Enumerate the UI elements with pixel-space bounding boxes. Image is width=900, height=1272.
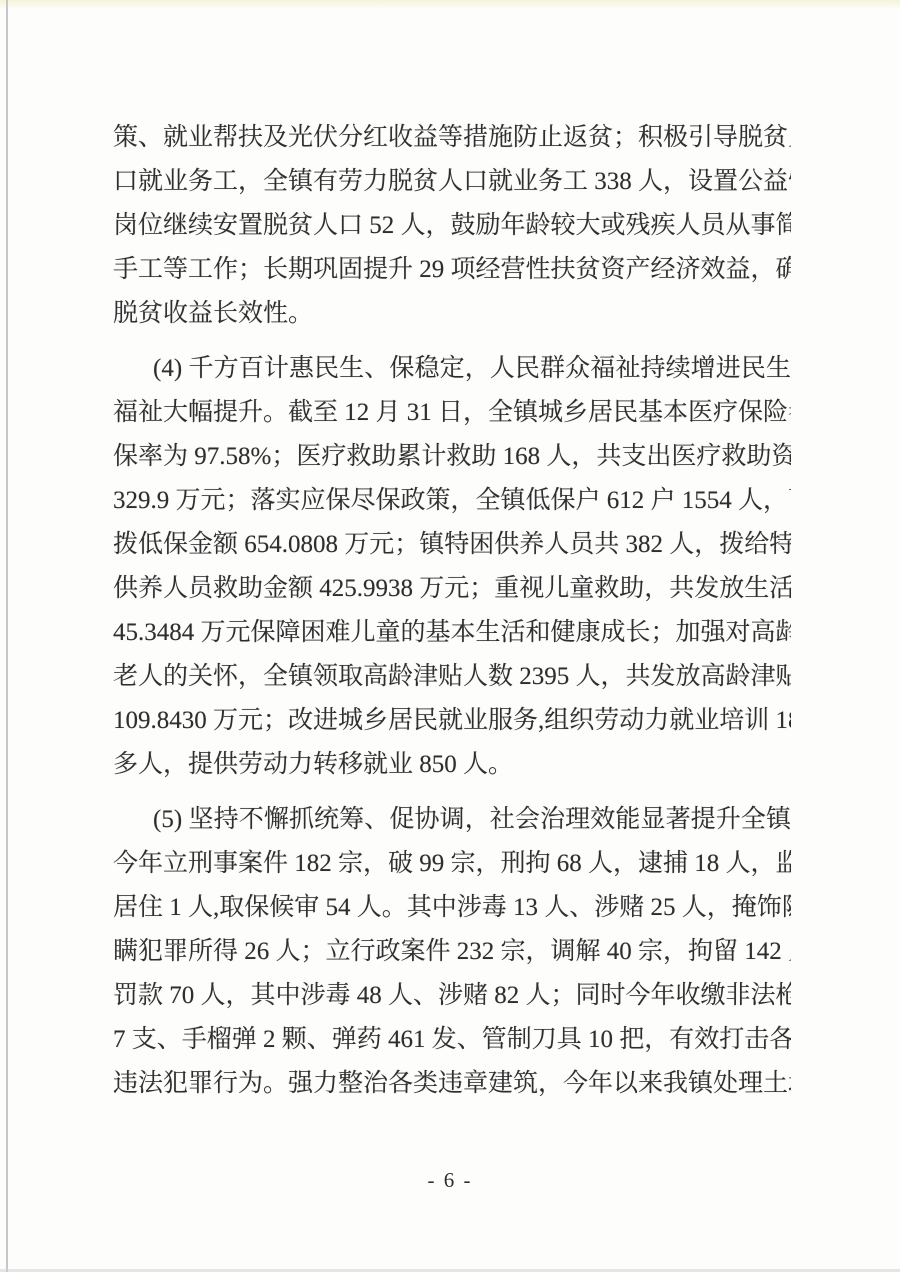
- text-line: 7 支、手榴弹 2 颗、弹药 461 发、管制刀具 10 把，有效打击各类: [113, 1018, 791, 1062]
- text-line: 瞒犯罪所得 26 人；立行政案件 232 宗，调解 40 宗，拘留 142 人，: [113, 930, 791, 974]
- text-line: 109.8430 万元；改进城乡居民就业服务,组织劳动力就业培训 180: [113, 699, 791, 743]
- text-line: 罚款 70 人，其中涉毒 48 人、涉赌 82 人；同时今年收缴非法枪支: [113, 974, 791, 1018]
- text-line: 拨低保金额 654.0808 万元；镇特困供养人员共 382 人，拨给特困: [113, 523, 791, 567]
- paragraph: (4) 千方百计惠民生、保稳定，人民群众福祉持续增进民生福祉大幅提升。截至 12…: [113, 347, 791, 787]
- text-line: 脱贫收益长效性。: [113, 292, 791, 336]
- text-line: 多人，提供劳动力转移就业 850 人。: [113, 743, 791, 787]
- scan-artifact-left-line: [6, 0, 8, 1272]
- text-line: 老人的关怀，全镇领取高龄津贴人数 2395 人，共发放高龄津贴约: [113, 655, 791, 699]
- text-line: (5) 坚持不懈抓统筹、促协调，社会治理效能显著提升全镇: [113, 798, 791, 842]
- page-number: - 6 -: [0, 1168, 900, 1193]
- text-line: 329.9 万元；落实应保尽保政策，全镇低保户 612 户 1554 人，下: [113, 479, 791, 523]
- text-line: 居住 1 人,取保候审 54 人。其中涉毒 13 人、涉赌 25 人，掩饰隐: [113, 886, 791, 930]
- text-line: 口就业务工，全镇有劳力脱贫人口就业务工 338 人，设置公益性: [113, 160, 791, 204]
- text-line: 岗位继续安置脱贫人口 52 人，鼓励年龄较大或残疾人员从事简单: [113, 204, 791, 248]
- paragraph: 策、就业帮扶及光伏分红收益等措施防止返贫；积极引导脱贫人口就业务工，全镇有劳力脱…: [113, 116, 791, 336]
- text-line: 今年立刑事案件 182 宗，破 99 宗，刑拘 68 人，逮捕 18 人，监视: [113, 842, 791, 886]
- document-page: 策、就业帮扶及光伏分红收益等措施防止返贫；积极引导脱贫人口就业务工，全镇有劳力脱…: [0, 0, 900, 1272]
- text-line: (4) 千方百计惠民生、保稳定，人民群众福祉持续增进民生: [113, 347, 791, 391]
- text-line: 45.3484 万元保障困难儿童的基本生活和健康成长；加强对高龄: [113, 611, 791, 655]
- document-body: 策、就业帮扶及光伏分红收益等措施防止返贫；积极引导脱贫人口就业务工，全镇有劳力脱…: [113, 116, 791, 1106]
- text-line: 策、就业帮扶及光伏分红收益等措施防止返贫；积极引导脱贫人: [113, 116, 791, 160]
- text-line: 保率为 97.58%；医疗救助累计救助 168 人，共支出医疗救助资金: [113, 435, 791, 479]
- text-line: 手工等工作；长期巩固提升 29 项经营性扶贫资产经济效益，确保: [113, 248, 791, 292]
- text-line: 福祉大幅提升。截至 12 月 31 日，全镇城乡居民基本医疗保险参: [113, 391, 791, 435]
- text-line: 违法犯罪行为。强力整治各类违章建筑，今年以来我镇处理土地: [113, 1062, 791, 1106]
- scan-artifact-top-band: [0, 0, 900, 9]
- paragraph: (5) 坚持不懈抓统筹、促协调，社会治理效能显著提升全镇今年立刑事案件 182 …: [113, 798, 791, 1106]
- text-line: 供养人员救助金额 425.9938 万元；重视儿童救助，共发放生活费: [113, 567, 791, 611]
